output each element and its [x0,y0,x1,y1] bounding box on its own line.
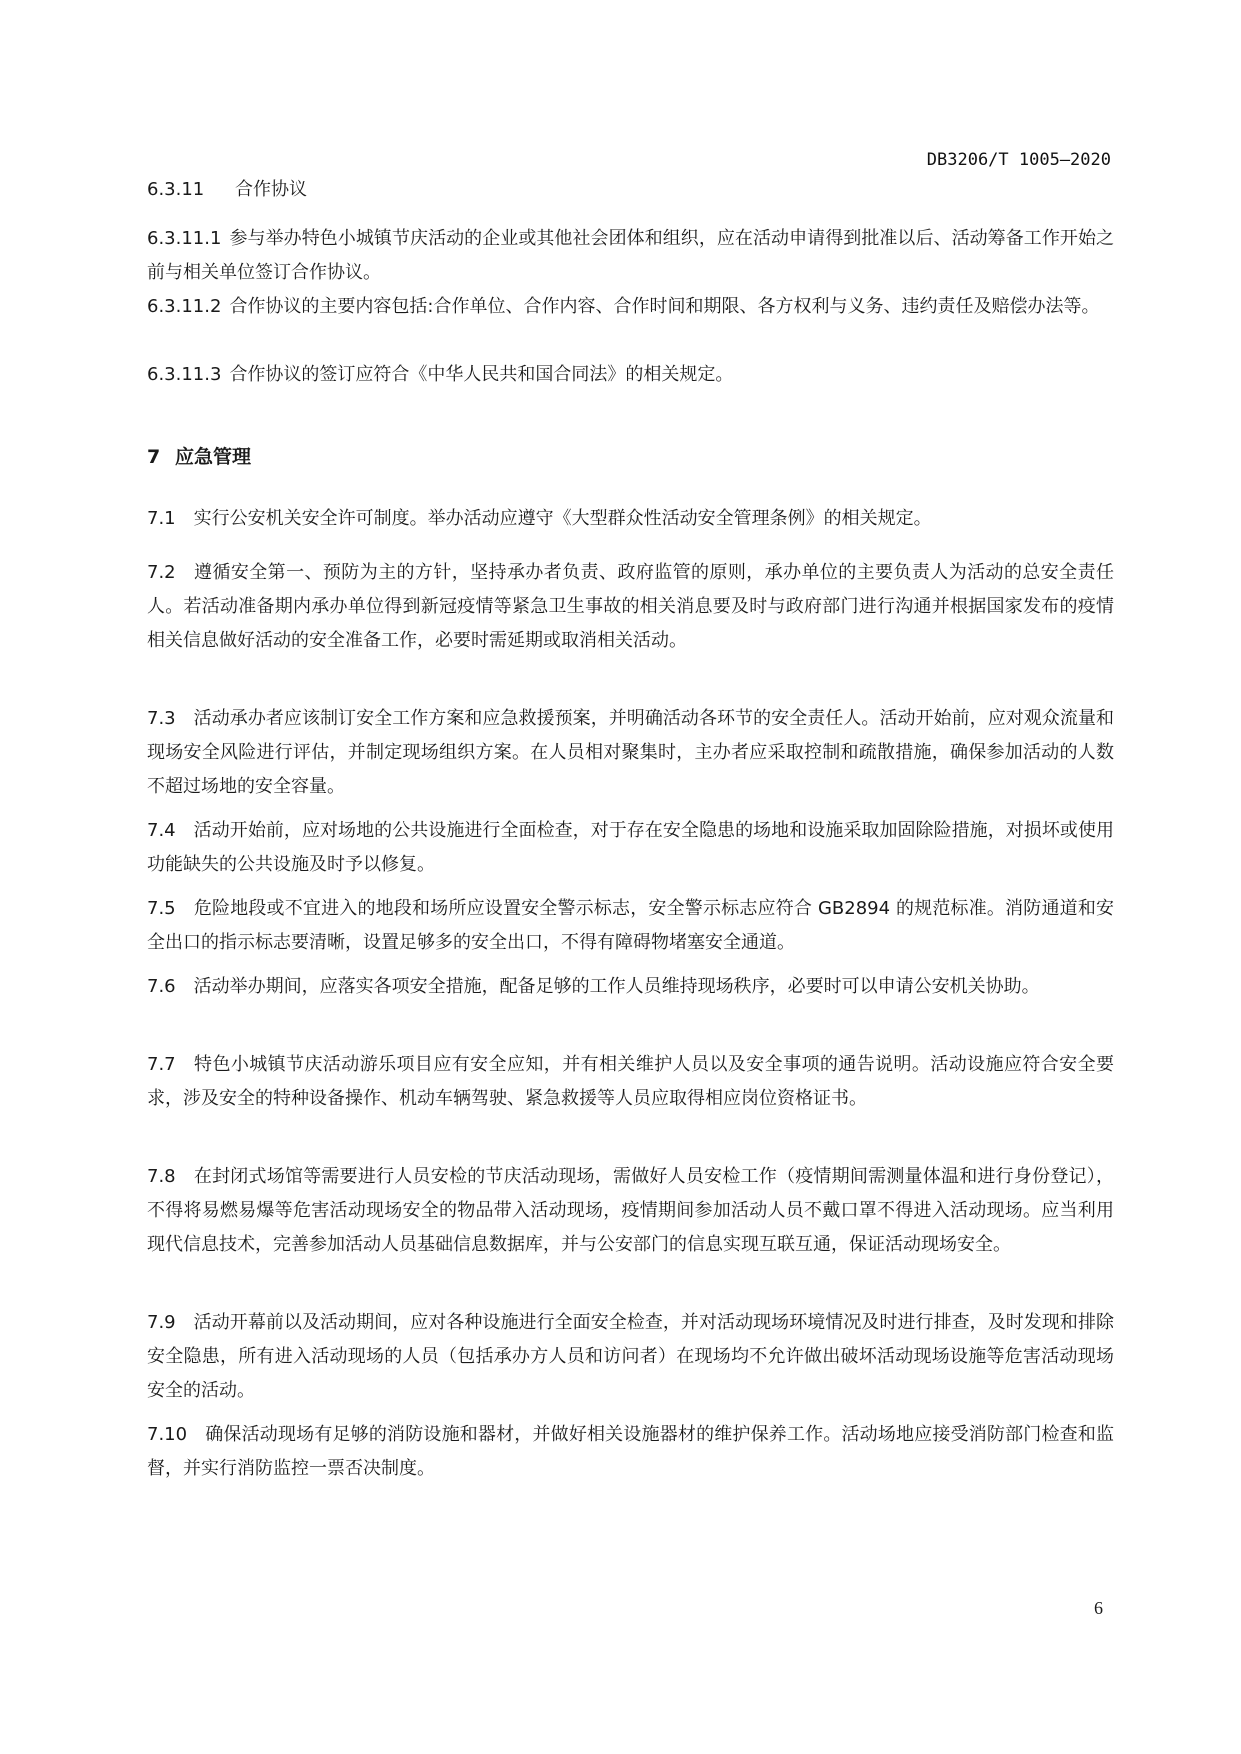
clause-number: 6.3.11.2 [147,296,221,317]
clause-text: 活动举办期间，应落实各项安全措施，配备足够的工作人员维持现场秩序，必要时可以申请… [194,976,1040,997]
clause-number: 7.9 [147,1312,176,1333]
page-number: 6 [1094,1598,1103,1619]
clause-number: 7.1 [147,508,176,529]
clause-7-4: 7.4活动开始前，应对场地的公共设施进行全面检查，对于存在安全隐患的场地和设施采… [147,814,1114,882]
clause-text: 合作协议的签订应符合《中华人民共和国合同法》的相关规定。 [229,364,733,385]
clause-number: 7.2 [147,562,176,583]
clause-number: 7.5 [147,898,176,919]
clause-text: 合作协议的主要内容包括:合作单位、合作内容、合作时间和期限、各方权利与义务、违约… [229,296,1099,317]
clause-number: 7.4 [147,820,176,841]
clause-text: 特色小城镇节庆活动游乐项目应有安全应知，并有相关维护人员以及安全事项的通告说明。… [147,1054,1114,1109]
document-code: DB3206/T 1005—2020 [927,150,1111,170]
clause-number: 7.7 [147,1054,176,1075]
clause-number: 7.10 [147,1424,187,1445]
clause-7-5: 7.5危险地段或不宜进入的地段和场所应设置安全警示标志，安全警示标志应符合 GB… [147,892,1114,960]
clause-number: 7.8 [147,1166,176,1187]
section-number: 6.3.11 [147,179,235,200]
clause-text: 实行公安机关安全许可制度。举办活动应遵守《大型群众性活动安全管理条例》的相关规定… [194,508,932,529]
clause-6-3-11-1: 6.3.11.1参与举办特色小城镇节庆活动的企业或其他社会团体和组织，应在活动申… [147,222,1114,290]
section-title: 应急管理 [175,446,251,468]
clause-7-8: 7.8在封闭式场馆等需要进行人员安检的节庆活动现场，需做好人员安检工作（疫情期间… [147,1160,1114,1262]
clause-number: 7.6 [147,976,176,997]
clause-6-3-11-2: 6.3.11.2合作协议的主要内容包括:合作单位、合作内容、合作时间和期限、各方… [147,290,1114,324]
clause-text: 活动开幕前以及活动期间，应对各种设施进行全面安全检查，并对活动现场环境情况及时进… [147,1312,1114,1401]
clause-7-6: 7.6活动举办期间，应落实各项安全措施，配备足够的工作人员维持现场秩序，必要时可… [147,970,1114,1004]
clause-text: 活动开始前，应对场地的公共设施进行全面检查，对于存在安全隐患的场地和设施采取加固… [147,820,1114,875]
clause-7-3: 7.3活动承办者应该制订安全工作方案和应急救援预案，并明确活动各环节的安全责任人… [147,702,1114,804]
clause-text: 在封闭式场馆等需要进行人员安检的节庆活动现场，需做好人员安检工作（疫情期间需测量… [147,1166,1114,1255]
clause-7-2: 7.2遵循安全第一、预防为主的方针，坚持承办者负责、政府监管的原则，承办单位的主… [147,556,1114,658]
clause-7-1: 7.1实行公安机关安全许可制度。举办活动应遵守《大型群众性活动安全管理条例》的相… [147,502,1114,536]
section-number: 7 [147,446,175,468]
section-heading-7: 7应急管理 [147,442,251,469]
clause-text: 参与举办特色小城镇节庆活动的企业或其他社会团体和组织，应在活动申请得到批准以后、… [147,228,1114,283]
clause-number: 6.3.11.1 [147,228,221,249]
section-title: 合作协议 [235,179,307,200]
clause-7-7: 7.7特色小城镇节庆活动游乐项目应有安全应知，并有相关维护人员以及安全事项的通告… [147,1048,1114,1116]
clause-text: 确保活动现场有足够的消防设施和器材，并做好相关设施器材的维护保养工作。活动场地应… [147,1424,1114,1479]
clause-7-10: 7.10确保活动现场有足够的消防设施和器材，并做好相关设施器材的维护保养工作。活… [147,1418,1114,1486]
section-heading-6-3-11: 6.3.11合作协议 [147,175,307,201]
clause-7-9: 7.9活动开幕前以及活动期间，应对各种设施进行全面安全检查，并对活动现场环境情况… [147,1306,1114,1408]
clause-text: 遵循安全第一、预防为主的方针，坚持承办者负责、政府监管的原则，承办单位的主要负责… [147,562,1114,651]
clause-text: 危险地段或不宜进入的地段和场所应设置安全警示标志，安全警示标志应符合 GB289… [147,898,1114,953]
clause-number: 6.3.11.3 [147,364,221,385]
clause-text: 活动承办者应该制订安全工作方案和应急救援预案，并明确活动各环节的安全责任人。活动… [147,708,1114,797]
clause-6-3-11-3: 6.3.11.3合作协议的签订应符合《中华人民共和国合同法》的相关规定。 [147,358,1114,392]
clause-number: 7.3 [147,708,176,729]
